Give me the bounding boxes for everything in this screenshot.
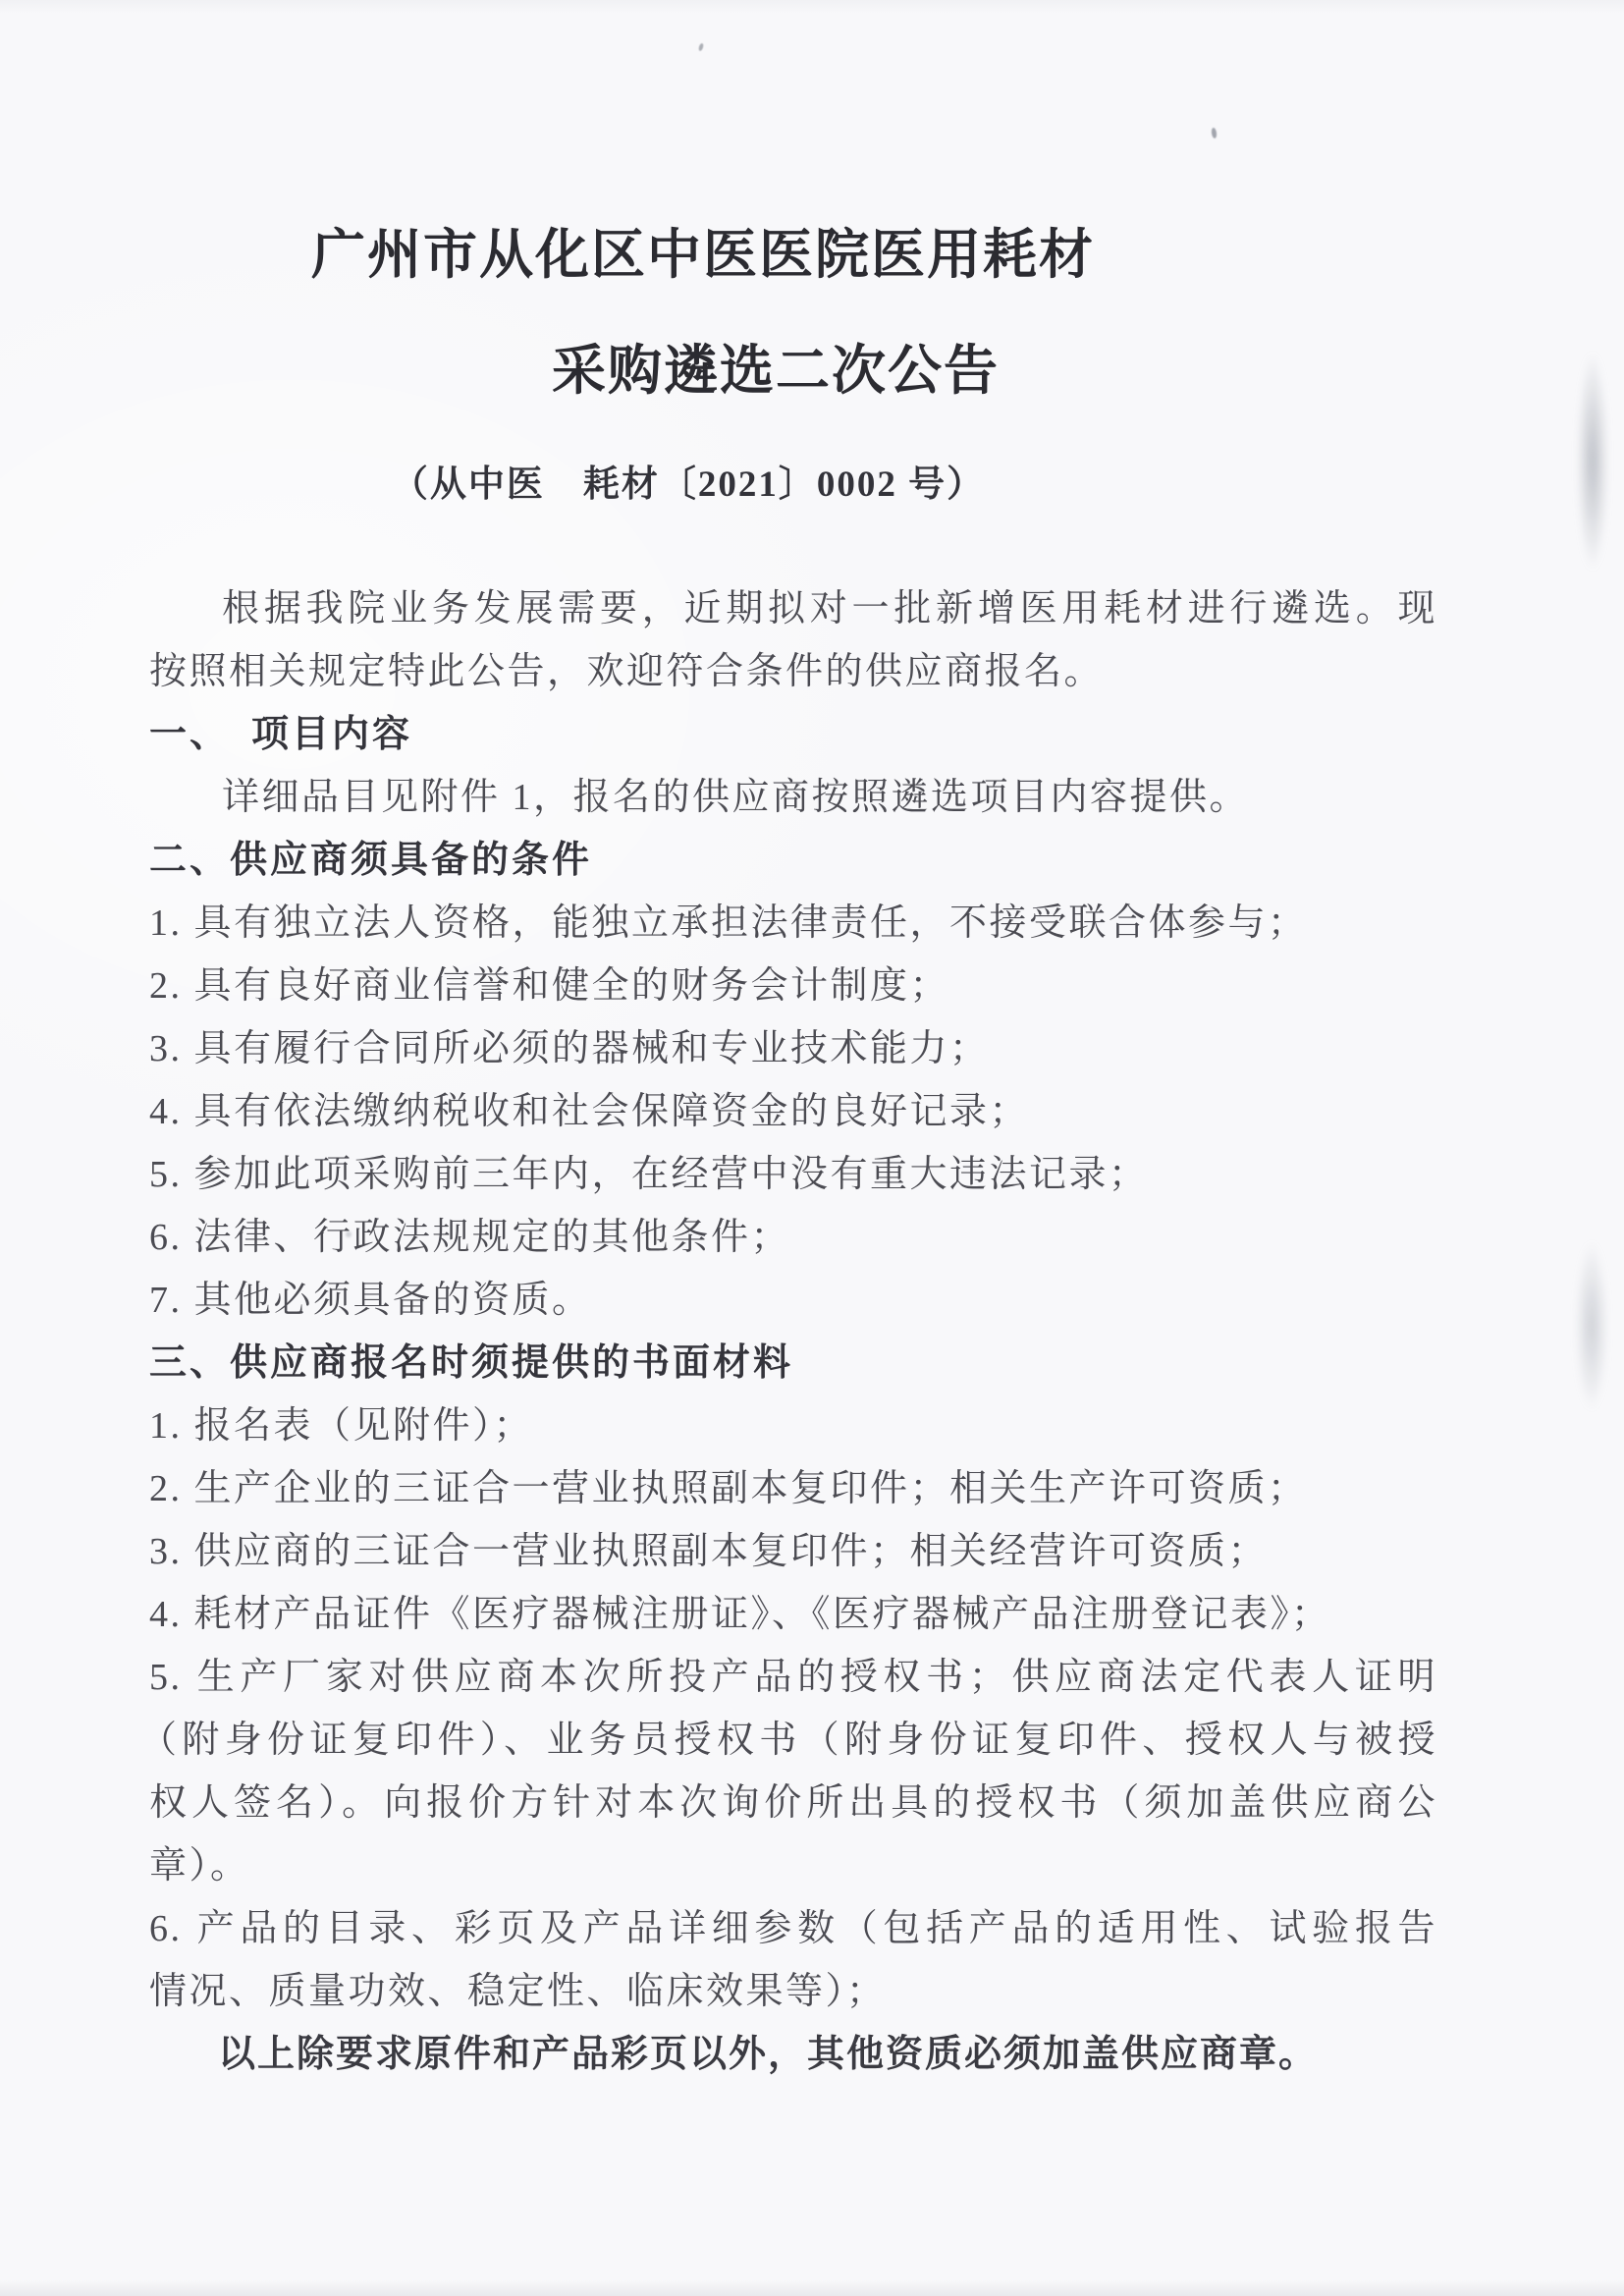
section-2-item-4: 4. 具有依法缴纳税收和社会保障资金的良好记录； bbox=[149, 1080, 1437, 1143]
closing-bold-note: 以上除要求原件和产品彩页以外，其他资质必须加盖供应商章。 bbox=[149, 2023, 1437, 2086]
section-3-item-5-line-2: （附身份证复印件）、业务员授权书（附身份证复印件、授权人与被授 bbox=[149, 1709, 1437, 1772]
scan-smudge-right-lower bbox=[1569, 1208, 1614, 1444]
scan-speck-top bbox=[698, 43, 704, 52]
section-2-item-6: 6. 法律、行政法规规定的其他条件； bbox=[149, 1206, 1437, 1269]
section-3-item-5-line-3: 权人签名）。向报价方针对本次询价所出具的授权书（须加盖供应商公 bbox=[149, 1772, 1437, 1834]
document-reference-number: （从中医 耗材〔2021〕0002 号） bbox=[0, 460, 1377, 511]
scan-smudge-right-upper bbox=[1571, 324, 1614, 629]
document-body: 根据我院业务发展需要，近期拟对一批新增医用耗材进行遴选。现 按照相关规定特此公告… bbox=[149, 577, 1437, 2086]
intro-paragraph-line-1: 根据我院业务发展需要，近期拟对一批新增医用耗材进行遴选。现 bbox=[149, 577, 1437, 640]
section-3-item-5-line-1: 5. 生产厂家对供应商本次所投产品的授权书；供应商法定代表人证明 bbox=[149, 1646, 1437, 1709]
section-2-item-3: 3. 具有履行合同所必须的器械和专业技术能力； bbox=[149, 1017, 1437, 1080]
section-3-heading: 三、供应商报名时须提供的书面材料 bbox=[149, 1332, 1437, 1394]
section-2-item-1: 1. 具有独立法人资格，能独立承担法律责任，不接受联合体参与； bbox=[149, 892, 1437, 955]
section-3-item-6-line-1: 6. 产品的目录、彩页及产品详细参数（包括产品的适用性、试验报告 bbox=[149, 1897, 1437, 1960]
document-title-line-1: 广州市从化区中医医院医用耗材 bbox=[0, 220, 1406, 289]
scanned-document-page: 广州市从化区中医医院医用耗材 采购遴选二次公告 （从中医 耗材〔2021〕000… bbox=[0, 0, 1624, 2296]
section-3-item-4: 4. 耗材产品证件《医疗器械注册证》、《医疗器械产品注册登记表》； bbox=[149, 1583, 1437, 1646]
section-3-item-5-line-4: 章）。 bbox=[149, 1834, 1437, 1897]
section-2-item-2: 2. 具有良好商业信誉和健全的财务会计制度； bbox=[149, 955, 1437, 1017]
section-2-item-7: 7. 其他必须具备的资质。 bbox=[149, 1269, 1437, 1332]
section-3-item-1: 1. 报名表（见附件）； bbox=[149, 1394, 1437, 1457]
section-3-item-3: 3. 供应商的三证合一营业执照副本复印件；相关经营许可资质； bbox=[149, 1520, 1437, 1583]
section-1-heading: 一、 项目内容 bbox=[149, 703, 1437, 766]
section-3-item-6-line-2: 情况、质量功效、稳定性、临床效果等）； bbox=[149, 1960, 1437, 2023]
document-title-line-2: 采购遴选二次公告 bbox=[0, 336, 1551, 405]
section-3-item-2: 2. 生产企业的三证合一营业执照副本复印件；相关生产许可资质； bbox=[149, 1457, 1437, 1520]
scan-speck-upper-right bbox=[1211, 128, 1217, 139]
section-1-content: 详细品目见附件 1，报名的供应商按照遴选项目内容提供。 bbox=[149, 766, 1437, 829]
section-2-item-5: 5. 参加此项采购前三年内，在经营中没有重大违法记录； bbox=[149, 1143, 1437, 1206]
section-2-heading: 二、供应商须具备的条件 bbox=[149, 829, 1437, 892]
intro-paragraph-line-2: 按照相关规定特此公告，欢迎符合条件的供应商报名。 bbox=[149, 640, 1437, 703]
